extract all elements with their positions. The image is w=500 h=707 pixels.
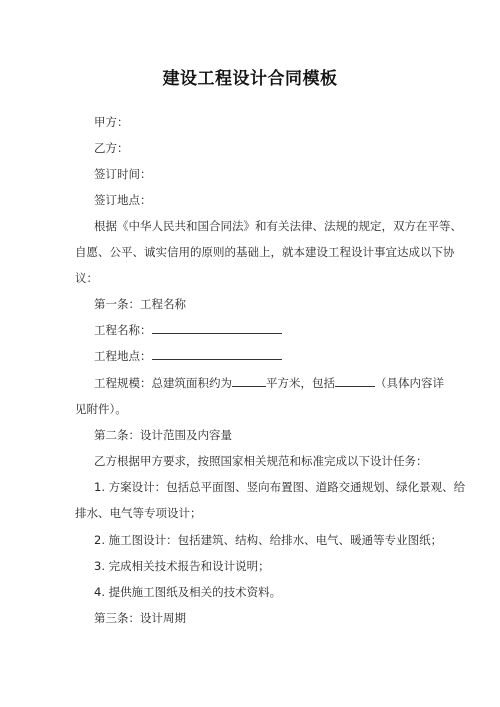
party-a-label: 甲方： (94, 114, 129, 130)
document-title: 建设工程设计合同模板 (0, 64, 500, 89)
project-name-blank (152, 322, 282, 334)
area-blank (232, 375, 266, 387)
project-name-row: 工程名称： (94, 322, 282, 338)
project-place-row: 工程地点： (94, 348, 282, 364)
party-b-label: 乙方： (94, 140, 129, 156)
task-item-2: 2. 施工图设计：包括建筑、结构、给排水、电气、暖通等专业图纸； (94, 532, 442, 548)
sign-time-label: 签订时间： (94, 166, 152, 182)
document-page: 建设工程设计合同模板 甲方： 乙方： 签订时间： 签订地点： 根据《中华人民共和… (0, 0, 500, 707)
article2-heading: 第二条：设计范围及内容量 (94, 427, 232, 443)
sign-place-label: 签订地点： (94, 192, 152, 208)
article2-intro: 乙方根据甲方要求，按照国家相关规范和标准完成以下设计任务： (94, 453, 428, 469)
task-item-3: 3. 完成相关技术报告和设计说明； (94, 558, 270, 574)
project-scale-line-1: 工程规模：总建筑面积约为平方米，包括（具体内容详 (94, 375, 444, 391)
task-item-1-cont: 排水、电气等专项设计； (75, 505, 202, 521)
project-place-label: 工程地点： (94, 349, 152, 363)
preamble-line-2: 自愿、公平、诚实信用的原则的基础上，就本建设工程设计事宜达成以下协 (75, 244, 455, 260)
article1-heading: 第一条：工程名称 (94, 296, 186, 312)
preamble-line-1: 根据《中华人民共和国合同法》和有关法律、法规的规定，双方在平等、 (94, 218, 462, 234)
project-place-blank (152, 348, 282, 360)
includes-blank (335, 375, 375, 387)
project-scale-line-2: 见附件）。 (75, 401, 127, 417)
scale-text-a: 工程规模：总建筑面积约为 (94, 376, 232, 390)
article3-heading: 第三条：设计周期 (94, 610, 186, 626)
task-item-4: 4. 提供施工图纸及相关的技术资料。 (94, 584, 281, 600)
task-item-1: 1. 方案设计：包括总平面图、竖向布置图、道路交通规划、绿化景观、给 (94, 479, 465, 495)
scale-text-b: 平方米，包括 (266, 376, 335, 390)
project-name-label: 工程名称： (94, 323, 152, 337)
scale-text-c: （具体内容详 (375, 376, 444, 390)
preamble-line-3: 议： (75, 270, 98, 286)
